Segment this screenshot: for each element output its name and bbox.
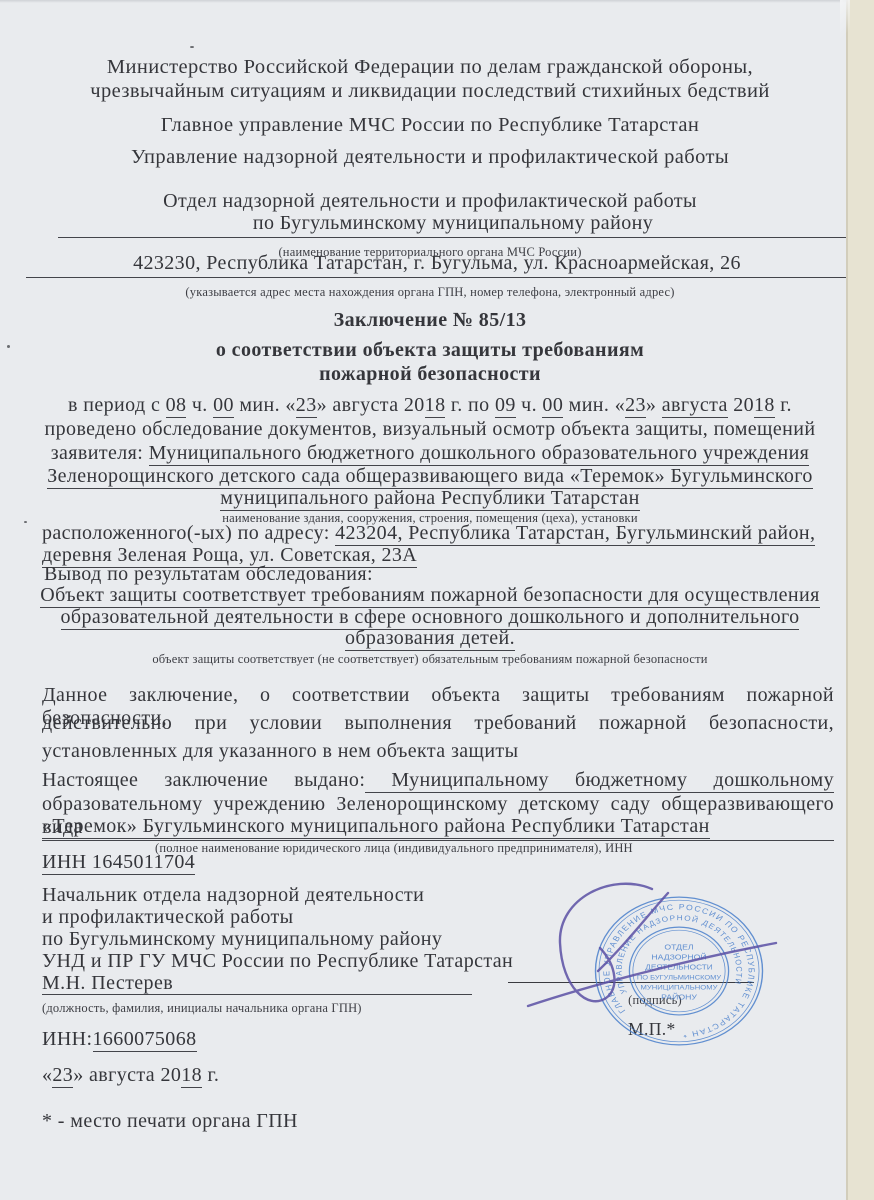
issued-to-line-1: Настоящее заключение выдано: Муниципальн… — [42, 769, 834, 792]
scan-top-edge — [0, 0, 874, 3]
signature-ink — [500, 858, 790, 1018]
department-line: Управление надзорной деятельности и проф… — [30, 146, 830, 169]
division-address: 423230, Республика Татарстан, г. Бугульм… — [26, 252, 848, 278]
page-edge — [846, 0, 874, 1200]
validity-paragraph-line-3: установленных для указанного в нем объек… — [42, 740, 518, 763]
organization-inn-line: ИНН 1645011704 — [42, 851, 195, 874]
conclusion-line-2: образовательной деятельности в сфере осн… — [30, 606, 830, 629]
applicant-line: заявителя: Муниципального бюджетного дош… — [30, 442, 830, 465]
official-position-line-2: и профилактической работы — [42, 906, 294, 929]
address-caption: (указывается адрес места нахождения орга… — [30, 281, 830, 304]
conclusion-line-3: образования детей. — [30, 627, 830, 650]
ministry-header-line-1: Министерство Российской Федерации по дел… — [30, 56, 830, 79]
document-title-number: Заключение № 85/13 — [30, 309, 830, 332]
scan-speck — [190, 46, 194, 48]
ministry-header-line-2: чрезвычайным ситуациям и ликвидации посл… — [30, 80, 830, 103]
validity-paragraph-line-2: действительно при условии выполнения тре… — [42, 712, 834, 735]
issued-to-caption: (полное наименование юридического лица (… — [155, 837, 633, 860]
official-position-line-1: Начальник отдела надзорной деятельности — [42, 884, 424, 907]
division-line-1: Отдел надзорной деятельности и профилакт… — [30, 190, 830, 213]
official-position-line-4: УНД и ПР ГУ МЧС России по Республике Тат… — [42, 950, 513, 973]
official-inn-line: ИНН:1660075068 — [42, 1028, 197, 1051]
document-title-line-2: о соответствии объекта защиты требования… — [30, 339, 830, 362]
date-line: «23» августа 2018 г. — [42, 1064, 219, 1087]
scanned-document-page: Министерство Российской Федерации по дел… — [0, 0, 874, 1200]
official-position-caption: (должность, фамилия, инициалы начальника… — [42, 997, 362, 1020]
main-department-line: Главное управление МЧС России по Республ… — [30, 114, 830, 137]
conclusion-label: Вывод по результатам обследования: — [44, 563, 373, 586]
scan-speck — [7, 345, 10, 348]
object-address-line-1: расположенного(-ых) по адресу: 423204, Р… — [42, 522, 815, 545]
document-title-line-3: пожарной безопасности — [30, 363, 830, 386]
official-name: М.Н. Пестерев — [42, 972, 472, 995]
inspection-period-line: в период с 08 ч. 00 мин. «23» августа 20… — [30, 394, 830, 417]
official-position-line-3: по Бугульминскому муниципальному району — [42, 928, 442, 951]
division-line-2: по Бугульминскому муниципальному району — [58, 212, 848, 238]
issued-to-line-3: «Теремок» Бугульминского муниципального … — [42, 815, 710, 838]
object-name-line-2: Зеленорощинского детского сада общеразви… — [30, 465, 830, 488]
scan-speck — [24, 521, 27, 523]
conclusion-caption: объект защиты соответствует (не соответс… — [30, 648, 830, 671]
conclusion-line-1: Объект защиты соответствует требованиям … — [30, 584, 830, 607]
footnote-line: * - место печати органа ГПН — [42, 1110, 298, 1133]
inspection-description-line: проведено обследование документов, визуа… — [30, 418, 830, 441]
